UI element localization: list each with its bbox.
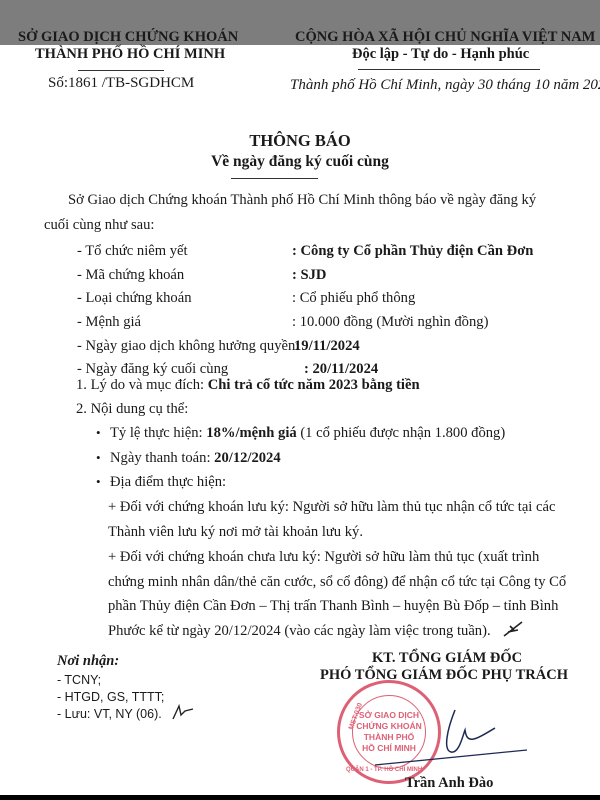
motto-underline bbox=[358, 69, 540, 70]
agency-underline bbox=[78, 70, 164, 71]
payment-date-label: Ngày thanh toán: bbox=[110, 450, 214, 466]
country-name: CỘNG HÒA XÃ HỘI CHỦ NGHĨA VIỆT NAM bbox=[295, 29, 595, 46]
notice-subtitle: Về ngày đăng ký cuối cùng bbox=[0, 153, 600, 171]
detail-value: : Cổ phiếu phổ thông bbox=[292, 290, 415, 307]
detail-value: : 20/11/2024 bbox=[304, 361, 378, 378]
deposited-line1: + Đối với chứng khoán lưu ký: Người sở h… bbox=[108, 499, 555, 516]
signature-title-line1: KT. TỔNG GIÁM ĐỐC bbox=[372, 650, 522, 667]
undeposited-line1: + Đối với chứng khoán chưa lưu ký: Người… bbox=[108, 549, 539, 566]
document-number: Số:1861 /TB-SGDHCM bbox=[48, 75, 194, 92]
agency-name-line1: SỞ GIAO DỊCH CHỨNG KHOÁN bbox=[18, 29, 238, 46]
detail-value: : Công ty Cổ phần Thủy điện Cần Đơn bbox=[292, 243, 533, 260]
bottom-black-band bbox=[0, 795, 600, 800]
signer-name: Trần Anh Đào bbox=[405, 775, 493, 792]
rate-value: 18%/mệnh giá bbox=[206, 425, 296, 441]
initial-mark-icon bbox=[500, 618, 528, 640]
signature-title-line2: PHÓ TỔNG GIÁM ĐỐC PHỤ TRÁCH bbox=[320, 667, 568, 684]
recipient-item: - TCNY; bbox=[57, 673, 101, 687]
intro-line1: Sở Giao dịch Chứng khoán Thành phố Hồ Ch… bbox=[68, 192, 536, 209]
undeposited-line4: Phước kể từ ngày 20/12/2024 (vào các ngà… bbox=[108, 623, 491, 640]
place-and-date: Thành phố Hồ Chí Minh, ngày 30 tháng 10 … bbox=[290, 77, 600, 94]
rate-note: (1 cổ phiếu được nhận 1.800 đồng) bbox=[297, 425, 506, 441]
bullet-location: Địa điểm thực hiện: bbox=[110, 474, 226, 491]
section-2-content: 2. Nội dung cụ thể: bbox=[76, 401, 188, 418]
detail-value: 19/11/2024 bbox=[294, 338, 360, 355]
detail-value: : SJD bbox=[292, 267, 326, 284]
national-motto: Độc lập - Tự do - Hạnh phúc bbox=[352, 46, 529, 63]
detail-label: - Ngày giao dịch không hưởng quyền: bbox=[77, 338, 299, 355]
detail-label: - Ngày đăng ký cuối cùng bbox=[77, 361, 228, 378]
intro-line2: cuối cùng như sau: bbox=[44, 217, 154, 234]
bullet-payment-date: Ngày thanh toán: 20/12/2024 bbox=[110, 450, 281, 467]
detail-label: - Loại chứng khoán bbox=[77, 290, 192, 307]
recipients-title: Nơi nhận: bbox=[57, 653, 119, 670]
detail-label: - Tổ chức niêm yết bbox=[77, 243, 188, 260]
initial-mark-icon bbox=[170, 703, 196, 721]
deposited-line2: Thành viên lưu ký nơi mở tài khoản lưu k… bbox=[108, 524, 363, 541]
recipient-item: - HTGD, GS, TTTT; bbox=[57, 690, 164, 704]
undeposited-line2: chứng minh nhân dân/thẻ căn cước, sổ cổ … bbox=[108, 574, 566, 591]
agency-name-line2: THÀNH PHỐ HỒ CHÍ MINH bbox=[35, 46, 225, 63]
section-1-reason: 1. Lý do và mục đích: Chi trả cổ tức năm… bbox=[76, 377, 420, 394]
undeposited-line3: phần Thủy điện Cần Đơn – Thị trấn Thanh … bbox=[108, 598, 558, 615]
title-underline bbox=[231, 178, 318, 179]
rate-label: Tỷ lệ thực hiện: bbox=[110, 425, 206, 441]
detail-label: - Mã chứng khoán bbox=[77, 267, 184, 284]
notice-title: THÔNG BÁO bbox=[0, 131, 600, 151]
bullet-rate: Tỷ lệ thực hiện: 18%/mệnh giá (1 cổ phiế… bbox=[110, 425, 505, 442]
detail-value: : 10.000 đồng (Mười nghìn đồng) bbox=[292, 314, 488, 331]
reason-label: 1. Lý do và mục đích: bbox=[76, 377, 208, 393]
recipient-item: - Lưu: VT, NY (06). bbox=[57, 707, 162, 721]
handwritten-signature-icon bbox=[355, 700, 535, 770]
detail-label: - Mệnh giá bbox=[77, 314, 141, 331]
payment-date-value: 20/12/2024 bbox=[214, 450, 280, 466]
reason-value: Chi trả cổ tức năm 2023 bằng tiền bbox=[208, 377, 420, 393]
